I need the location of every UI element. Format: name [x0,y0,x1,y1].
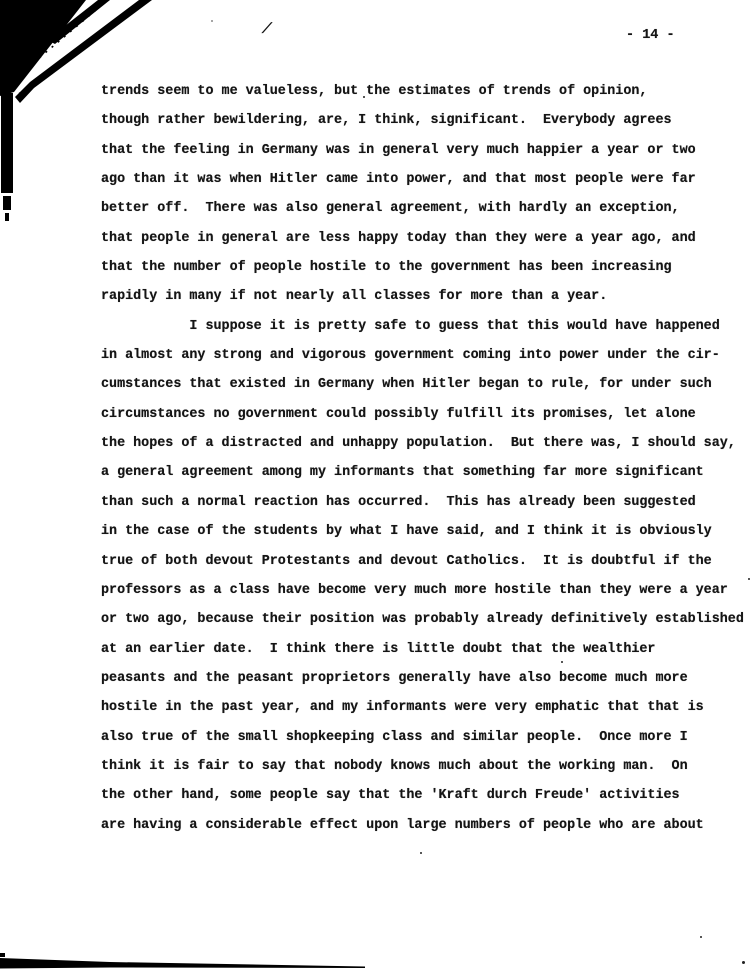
text-line: than such a normal reaction has occurred… [101,488,749,517]
scan-speck [376,240,378,242]
text-line: cumstances that existed in Germany when … [101,370,749,399]
page-number: - 14 - [626,28,675,43]
text-line: that the number of people hostile to the… [101,253,749,282]
scan-speck [211,20,213,22]
text-line: are having a considerable effect upon la… [101,811,749,840]
scan-edge-bottom-left-icon [0,948,400,972]
text-line: circumstances no government could possib… [101,400,749,429]
text-line: in almost any strong and vigorous govern… [101,341,749,370]
text-line: also true of the small shopkeeping class… [101,723,749,752]
text-line: a general agreement among my informants … [101,458,749,487]
text-line: in the case of the students by what I ha… [101,517,749,546]
text-line: trends seem to me valueless, but the est… [101,77,749,106]
text-line: true of both devout Protestants and devo… [101,547,749,576]
text-line: the hopes of a distracted and unhappy po… [101,429,749,458]
text-line: hostile in the past year, and my informa… [101,693,749,722]
scan-speck [561,661,563,663]
text-line: peasants and the peasant proprietors gen… [101,664,749,693]
text-line: I suppose it is pretty safe to guess tha… [101,312,749,341]
text-line: the other hand, some people say that the… [101,781,749,810]
scan-speck [363,96,365,98]
text-line: ago than it was when Hitler came into po… [101,165,749,194]
text-line: professors as a class have become very m… [101,576,749,605]
scanned-document-page: / - 14 - trends seem to me valueless, bu… [0,0,750,972]
text-line: that the feeling in Germany was in gener… [101,136,749,165]
text-line: better off. There was also general agree… [101,194,749,223]
text-line: though rather bewildering, are, I think,… [101,106,749,135]
scan-speck [742,961,745,964]
scan-speck [420,852,422,854]
text-line: at an earlier date. I think there is lit… [101,635,749,664]
scan-speck [700,936,702,938]
document-text: trends seem to me valueless, but the est… [101,77,749,840]
text-line: that people in general are less happy to… [101,224,749,253]
text-line: think it is fair to say that nobody know… [101,752,749,781]
text-line: or two ago, because their position was p… [101,605,749,634]
text-line: rapidly in many if not nearly all classe… [101,282,749,311]
